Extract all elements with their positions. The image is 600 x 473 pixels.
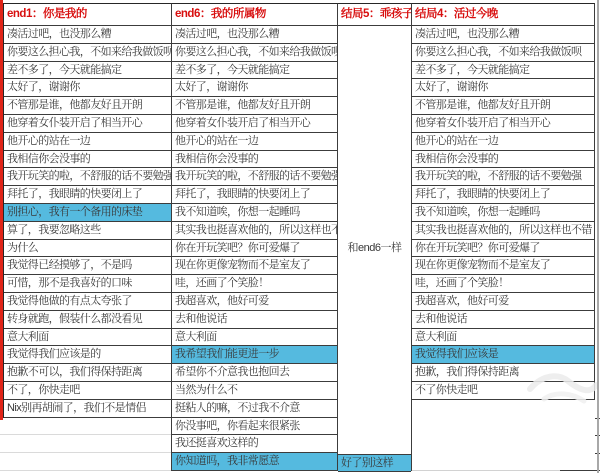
table-cell[interactable]: 去和他说话 bbox=[412, 311, 594, 329]
table-cell[interactable]: 差不多了，今天就能搞定 bbox=[172, 62, 337, 80]
table-cell[interactable]: 他穿着女仆装开启了相当开心 bbox=[172, 115, 337, 133]
table-cell[interactable]: 现在你更像宠物而不是室友了 bbox=[172, 257, 337, 275]
table-cell[interactable]: 太好了，谢谢你 bbox=[412, 79, 594, 97]
table-cell[interactable]: 我超喜欢，他好可爱 bbox=[412, 293, 594, 311]
table-cell[interactable]: 我开玩笑的啦，不舒服的话不要勉强 bbox=[4, 168, 171, 186]
table-cell-highlighted[interactable]: 我希望我们能更进一步 bbox=[172, 346, 337, 364]
table-cell[interactable]: 不了，你快走吧 bbox=[4, 382, 171, 400]
annotation-line bbox=[0, 0, 3, 420]
table-cell-highlighted[interactable]: 别担心，我有一个备用的床垫 bbox=[4, 204, 171, 222]
table-cell[interactable]: 拜托了，我眼睛的快要闭上了 bbox=[4, 186, 171, 204]
table-cell[interactable]: 去和他说话 bbox=[172, 311, 337, 329]
table-cell[interactable]: 抱歉不可以，我们得保持距离 bbox=[4, 364, 171, 382]
table-cell-highlighted[interactable]: 你知道吗，我非常愿意 bbox=[172, 453, 337, 471]
table-cell[interactable]: 不管那是谁，他都友好且开朗 bbox=[172, 97, 337, 115]
table-cell[interactable]: Nix别再胡闹了，我们不是情侣 bbox=[4, 400, 171, 418]
table-cell[interactable]: 我超喜欢，他好可爱 bbox=[172, 293, 337, 311]
column-end1: end1：你是我的 凑活过吧，也没那么糟你要这么担心我，不如来给我做饭呗差不多了… bbox=[3, 3, 171, 418]
table-cell[interactable]: 我觉得我们应该是的 bbox=[4, 346, 171, 364]
table-cell[interactable]: 凑活过吧，也没那么糟 bbox=[172, 26, 337, 44]
screenshot-edge-line bbox=[597, 0, 599, 473]
table-cell[interactable]: 意大利面 bbox=[4, 329, 171, 347]
table-cell[interactable]: 其实我也挺喜欢他的，所以这样也不错 bbox=[172, 222, 337, 240]
table-cell[interactable]: 其实我也挺喜欢他的，所以这样也不错 bbox=[412, 222, 594, 240]
table-cell[interactable]: 差不多了，今天就能搞定 bbox=[412, 62, 594, 80]
column-ending5: 结局5：乖孩子 和end6一样 好了别这样 bbox=[337, 3, 412, 471]
table-cell[interactable]: 拜托了，我眼睛的快要闭上了 bbox=[412, 186, 594, 204]
empty-cell-row bbox=[0, 418, 171, 436]
column-block-ending4: 结局4：活过今晚 凑活过吧，也没那么糟你要这么担心我，不如来给我做饭呗差不多了，… bbox=[412, 3, 595, 400]
table-cell[interactable]: 算了，我要忽略这些 bbox=[4, 222, 171, 240]
table-cell[interactable]: 你在开玩笑吧？你可爱爆了 bbox=[412, 240, 594, 258]
empty-gridline-rows bbox=[0, 418, 171, 471]
column-header-end1[interactable]: end1：你是我的 bbox=[4, 4, 171, 26]
table-cell[interactable]: 他开心的站在一边 bbox=[172, 133, 337, 151]
table-cell[interactable]: 太好了，谢谢你 bbox=[4, 79, 171, 97]
table-cell[interactable]: 挺粘人的嘛，不过我不介意 bbox=[172, 400, 337, 418]
column-header-ending4[interactable]: 结局4：活过今晚 bbox=[412, 4, 594, 26]
table-cell[interactable]: 凑活过吧，也没那么糟 bbox=[4, 26, 171, 44]
table-cell[interactable]: 我不知道唉，你想一起睡吗 bbox=[172, 204, 337, 222]
column-rows-end6: 凑活过吧，也没那么糟你要这么担心我，不如来给我做饭呗差不多了，今天就能搞定太好了… bbox=[172, 26, 337, 471]
column-header-end6[interactable]: end6：我的所属物 bbox=[172, 4, 337, 26]
column-rows-end1: 凑活过吧，也没那么糟你要这么担心我，不如来给我做饭呗差不多了，今天就能搞定太好了… bbox=[4, 26, 171, 418]
table-cell[interactable]: 当然为什么不 bbox=[172, 382, 337, 400]
table-cell[interactable]: 我开玩笑的啦，不舒服的话不要勉强 bbox=[172, 168, 337, 186]
table-cell[interactable]: 他开心的站在一边 bbox=[412, 133, 594, 151]
table-cell[interactable]: 他开心的站在一边 bbox=[4, 133, 171, 151]
gridline-tick bbox=[560, 470, 600, 471]
spreadsheet-table: end1：你是我的 凑活过吧，也没那么糟你要这么担心我，不如来给我做饭呗差不多了… bbox=[0, 0, 600, 473]
table-cell[interactable]: 凑活过吧，也没那么糟 bbox=[412, 26, 594, 44]
table-cell[interactable]: 我还挺喜欢这样的 bbox=[172, 435, 337, 453]
table-cell[interactable]: 现在你更像宠物而不是室友了 bbox=[412, 257, 594, 275]
table-cell[interactable]: 为什么 bbox=[4, 240, 171, 258]
table-cell[interactable]: 他穿着女仆装开启了相当开心 bbox=[412, 115, 594, 133]
table-cell[interactable]: 我开玩笑的啦，不舒服的话不要勉强 bbox=[412, 168, 594, 186]
column-header-ending5[interactable]: 结局5：乖孩子 bbox=[338, 4, 411, 26]
table-cell[interactable]: 希望你不介意我也抱回去 bbox=[172, 364, 337, 382]
table-cell[interactable]: 我觉得已经摸够了，不是吗 bbox=[4, 257, 171, 275]
table-cell[interactable]: 你要这么担心我，不如来给我做饭呗 bbox=[4, 44, 171, 62]
table-cell[interactable]: 哇，还画了个笑脸！ bbox=[412, 275, 594, 293]
table-cell-highlighted[interactable]: 我觉得我们应该是 bbox=[412, 346, 594, 364]
table-cell[interactable]: 太好了，谢谢你 bbox=[172, 79, 337, 97]
table-cell[interactable]: 你没事吧，你看起来很紧张 bbox=[172, 418, 337, 436]
table-cell[interactable]: 哇，还画了个笑脸！ bbox=[172, 275, 337, 293]
column-end6: end6：我的所属物 凑活过吧，也没那么糟你要这么担心我，不如来给我做饭呗差不多… bbox=[171, 3, 337, 471]
table-cell[interactable]: 你要这么担心我，不如来给我做饭呗 bbox=[412, 44, 594, 62]
table-cell-bottom-note[interactable]: 好了别这样 bbox=[338, 454, 411, 472]
table-cell[interactable]: 不管那是谁，他都友好且开朗 bbox=[412, 97, 594, 115]
table-cell[interactable]: 我相信你会没事的 bbox=[4, 151, 171, 169]
merged-note-same-as-end6: 和end6一样 bbox=[338, 240, 411, 258]
table-cell[interactable]: 我相信你会没事的 bbox=[172, 151, 337, 169]
table-cell[interactable]: 你在开玩笑吧？你可爱爆了 bbox=[172, 240, 337, 258]
table-cell[interactable]: 我觉得他做的有点太夸张了 bbox=[4, 293, 171, 311]
table-cell[interactable]: 你要这么担心我，不如来给我做饭呗 bbox=[172, 44, 337, 62]
table-cell[interactable]: 意大利面 bbox=[172, 329, 337, 347]
table-cell[interactable]: 可惜，那不是我喜好的口味 bbox=[4, 275, 171, 293]
table-cell[interactable]: 我相信你会没事的 bbox=[412, 151, 594, 169]
table-cell[interactable]: 差不多了，今天就能搞定 bbox=[4, 62, 171, 80]
empty-cell-row bbox=[0, 453, 171, 471]
table-cell[interactable]: 他穿着女仆装开启了相当开心 bbox=[4, 115, 171, 133]
column-rows-ending4: 凑活过吧，也没那么糟你要这么担心我，不如来给我做饭呗差不多了，今天就能搞定太好了… bbox=[412, 26, 594, 400]
table-cell[interactable]: 我不知道唉，你想一起睡吗 bbox=[412, 204, 594, 222]
empty-cell-row bbox=[0, 435, 171, 453]
table-cell[interactable]: 不管那是谁，他都友好且开朗 bbox=[4, 97, 171, 115]
table-cell[interactable]: 意大利面 bbox=[412, 329, 594, 347]
table-cell[interactable]: 拜托了，我眼睛的快要闭上了 bbox=[172, 186, 337, 204]
watermark bbox=[524, 365, 600, 407]
table-cell[interactable]: 转身就跑，假装什么都没看见 bbox=[4, 311, 171, 329]
